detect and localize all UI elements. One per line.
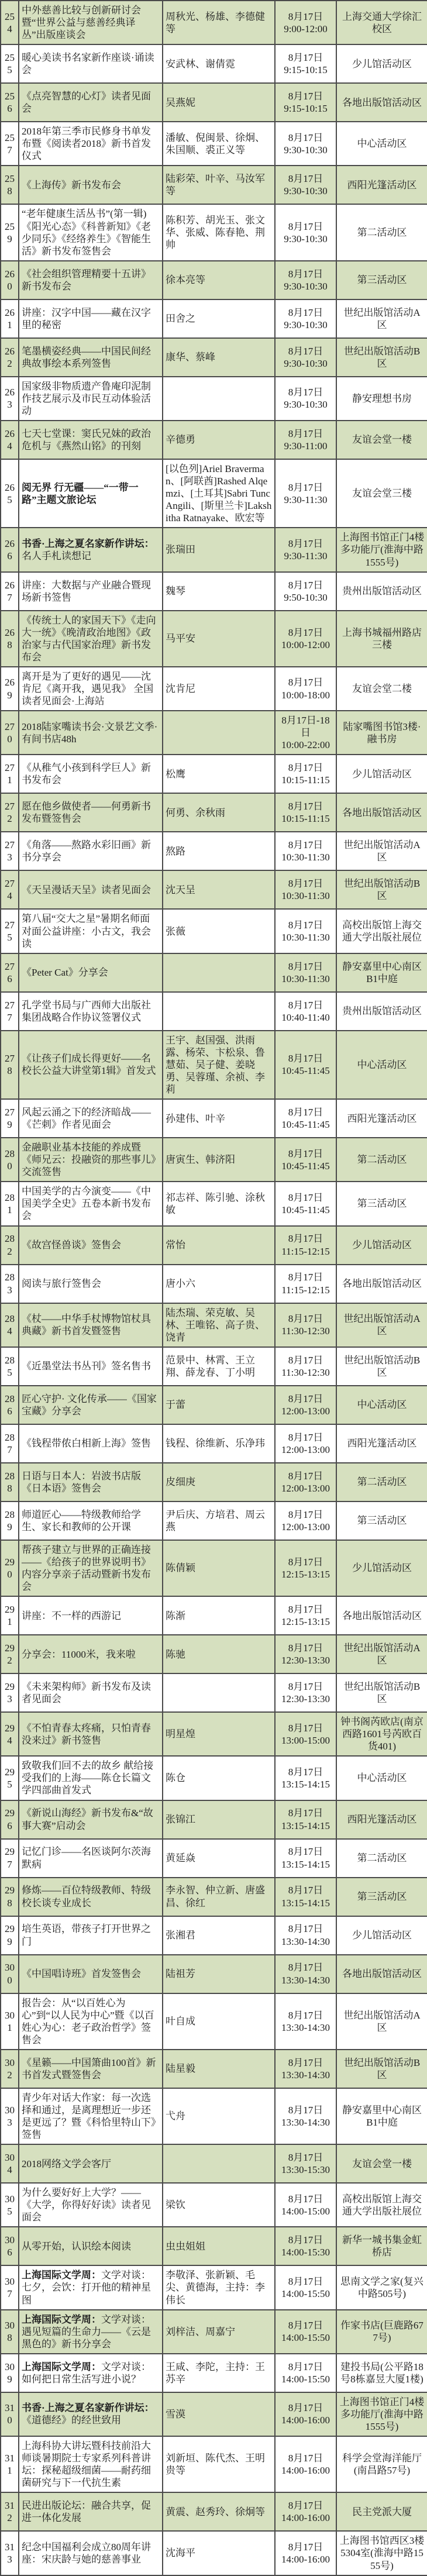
event-venue: 少儿馆活动区	[336, 1540, 427, 1596]
row-number: 268	[1, 611, 19, 667]
event-datetime: 8月17日10:45-11:45	[275, 1182, 336, 1225]
event-venue: 民主党派大厦	[336, 2492, 427, 2531]
row-number: 289	[1, 1501, 19, 1540]
event-time: 13:30-14:30	[278, 1936, 333, 1948]
event-date: 8月17日	[278, 1722, 333, 1734]
event-datetime: 8月17日11:30-12:30	[275, 1303, 336, 1347]
event-venue: 世纪出版馆活动A区	[336, 1635, 427, 1673]
event-date: 8月17日	[278, 877, 333, 890]
event-guests: [以色列]Ariel Braverman、[阿联酋]Rashed Alqemzi…	[163, 459, 275, 528]
row-number: 309	[1, 2354, 19, 2392]
event-time: 11:30-12:30	[278, 1366, 333, 1379]
event-datetime: 8月17日13:30-14:30	[275, 1993, 336, 2050]
table-row: 297记忆门诊——名医谈阿尔茨海默病黄延焱8月17日13:15-14:15第二活…	[1, 1839, 427, 1878]
event-date: 8月17日	[278, 538, 333, 550]
table-row: 299培生英语，带孩子打开世界之门张湘君8月17日13:30-14:30少儿馆活…	[1, 1916, 427, 1955]
event-guests: 陈积芳、胡光玉、张文华、张威、陈春艳、荆帅	[163, 204, 275, 260]
table-row: 301报告会：从“以百姓心为心”到“以人民为中心”暨《以百姓心为心：老子政治哲学…	[1, 1993, 427, 2050]
event-time: 12:00-13:00	[278, 1405, 333, 1417]
event-guests: 沈天呈	[163, 870, 275, 909]
event-time: 10:00-22:00	[278, 739, 333, 751]
table-row: 286匠心守护· 文化传承——《国家宝藏》分享会于蕾8月17日12:00-13:…	[1, 1386, 427, 1424]
event-venue: 世纪出版馆活动A区	[336, 1993, 427, 2050]
table-row: 262笔墨横姿经典——中国民间经典故事绘本系列签售康华、蔡峰8月17日9:30-…	[1, 338, 427, 377]
event-title: 上海科协大讲坛暨科技前沿大师谈暑期院士专家系列科普讲坛：探秘超级细菌——耐药细菌…	[19, 2436, 163, 2492]
event-datetime: 8月17日12:15-13:15	[275, 1596, 336, 1635]
event-venue: 各地出版馆活动区	[336, 1955, 427, 1993]
event-datetime: 8月17日10:30-11:30	[275, 909, 336, 953]
event-venue: 中心活动区	[336, 1386, 427, 1424]
row-number: 285	[1, 1347, 19, 1386]
event-datetime: 8月17日13:00-15:00	[275, 1712, 336, 1756]
event-date: 8月17日	[278, 1431, 333, 1444]
event-datetime: 8月17日13:15-14:15	[275, 1878, 336, 1916]
event-guests	[163, 953, 275, 992]
event-time: 9:15-10:15	[278, 64, 333, 76]
event-guests: 唐小六	[163, 1265, 275, 1303]
event-guests: 常怡	[163, 1226, 275, 1265]
event-title: 2018网络文学会客厅	[19, 2144, 163, 2183]
event-venue: 钟书阁芮欧店(南京西路1601号芮欧百货401)	[336, 1712, 427, 1756]
event-venue: 建投书局(公平路18号8栋嘉昱大厦1楼)	[336, 2354, 427, 2392]
event-title: 讲座：汉字中国——藏在汉字里的秘密	[19, 299, 163, 338]
event-datetime: 8月17日13:15-14:15	[275, 1800, 336, 1839]
event-datetime: 8月17日14:00-16:00	[275, 2392, 336, 2436]
event-title: 阅读与旅行签售会	[19, 1265, 163, 1303]
event-guests: 陆祖芳	[163, 1955, 275, 1993]
table-row: 285《近墨堂法书丛刊》签名售书范景中、林霄、王立翔、薛龙春、丁小明8月17日1…	[1, 1347, 427, 1386]
table-row: 292分享会：11000米，我来啦陈驰8月17日12:30-13:30世纪出版馆…	[1, 1635, 427, 1673]
event-guests: 马平安	[163, 611, 275, 667]
row-number: 292	[1, 1635, 19, 1673]
event-venue: 世纪出版馆活动A区	[336, 832, 427, 870]
event-venue: 贵州出版馆活动区	[336, 572, 427, 611]
row-number: 284	[1, 1303, 19, 1347]
event-title: 报告会：从“以百姓心为心”到“以人民为中心”暨《以百姓心为心：老子政治哲学》签售…	[19, 1993, 163, 2050]
row-number: 294	[1, 1712, 19, 1756]
table-row: 296《新说山海经》新书发布&“故事大赛”启动会张锦江8月17日13:15-14…	[1, 1800, 427, 1839]
event-time: 9:00-12:00	[278, 23, 333, 35]
event-datetime: 8月17日9:30-10:30	[275, 122, 336, 166]
event-guests: 黄延焱	[163, 1839, 275, 1878]
table-row: 290帮孩子建立与世界的正确连接——《给孩子的世界说明书》内容分享亲子活动暨新书…	[1, 1540, 427, 1596]
event-venue: 各地出版馆活动区	[336, 793, 427, 832]
event-title: 2018年第三季市民修身书单发布暨《阅读者2018》新书首发仪式	[19, 122, 163, 166]
row-number: 290	[1, 1540, 19, 1596]
row-number: 256	[1, 83, 19, 122]
event-time: 10:45-11:45	[278, 1160, 333, 1172]
event-datetime: 8月17日9:00-12:00	[275, 1, 336, 44]
event-venue: 第二活动区	[336, 204, 427, 260]
event-time: 9:50-10:30	[278, 591, 333, 604]
event-datetime: 8月17日10:30-11:30	[275, 953, 336, 992]
event-time: 12:00-13:00	[278, 1444, 333, 1456]
event-guests: 安武林、谢倩霓	[163, 44, 275, 83]
event-venue: 少儿馆活动区	[336, 1226, 427, 1265]
event-time: 12:30-13:30	[278, 1693, 333, 1705]
row-number: 257	[1, 122, 19, 166]
event-date: 8月17日	[278, 2319, 333, 2332]
event-guests: 梁钦	[163, 2183, 275, 2227]
event-guests: 皮细庚	[163, 1463, 275, 1501]
event-time: 10:45-11:45	[278, 1065, 333, 1077]
table-row: 311上海科协大讲坛暨科技前沿大师谈暑期院士专家系列科普讲坛：探秘超级细菌——耐…	[1, 2436, 427, 2492]
event-time: 13:00-15:00	[278, 1734, 333, 1747]
event-venue: 世纪出版馆活动A区	[336, 299, 427, 338]
event-date: 8月17日	[278, 268, 333, 280]
event-venue: 第二活动区	[336, 1463, 427, 1501]
event-datetime: 8月17日9:30-11:30	[275, 459, 336, 528]
event-title: 民进出版论坛：融合共享，促进一体化发展	[19, 2492, 163, 2531]
event-time: 9:30-11:00	[278, 440, 333, 452]
event-datetime: 8月17日9:30-10:30	[275, 204, 336, 260]
row-number: 286	[1, 1386, 19, 1424]
event-time: 9:30-10:30	[278, 233, 333, 245]
table-row: 300《中国唱诗班》首发签售会陆祖芳8月17日13:30-14:30各地出版馆活…	[1, 1955, 427, 1993]
event-title: 书香·上海之夏名家新作讲坛：名人手札读想记	[19, 528, 163, 571]
table-row: 261讲座：汉字中国——藏在汉字里的秘密田舍之8月17日9:30-10:30世纪…	[1, 299, 427, 338]
event-date: 8月17日	[278, 800, 333, 812]
event-title: 青少年对话大作家：每一次选择和通过，是离理想近一步还是更远了？暨《科恰里特山下》…	[19, 2088, 163, 2144]
event-date: 8月17日	[278, 2234, 333, 2246]
event-time: 12:15-13:15	[278, 1568, 333, 1580]
event-time: 9:30-11:30	[278, 550, 333, 562]
event-date: 8月17日	[278, 1961, 333, 1974]
event-title: 《新说山海经》新书发布&“故事大赛”启动会	[19, 1800, 163, 1839]
table-row: 268《传统士人的家国天下》《走向大一统》《晚清政治地图》《政治家与古代国家治理…	[1, 611, 427, 667]
event-venue: 世纪出版馆活动A区	[336, 1303, 427, 1347]
event-datetime: 8月17日13:15-14:15	[275, 1756, 336, 1800]
table-row: 271《从稚气小孩到科学巨人》新书发布会松鹰8月17日10:15-11:15少儿…	[1, 755, 427, 793]
event-datetime: 8月17日13:15-14:15	[275, 1839, 336, 1878]
row-number: 302	[1, 2050, 19, 2088]
event-datetime: 8月17日13:30-14:30	[275, 2088, 336, 2144]
event-guests: 潘敏、倪闽景、徐炯、朱国顺、裘正义等	[163, 122, 275, 166]
event-guests	[163, 1673, 275, 1712]
event-date: 8月17日	[278, 11, 333, 23]
event-venue: 世纪出版馆活动B区	[336, 338, 427, 377]
event-time: 11:15-12:15	[278, 1245, 333, 1258]
event-datetime: 8月17日10:00-18:00	[275, 667, 336, 711]
table-row: 266书香·上海之夏名家新作讲坛：名人手札读想记张瑞田8月17日9:30-11:…	[1, 528, 427, 571]
event-time: 10:40-11:40	[278, 1011, 333, 1024]
event-datetime: 8月17日10:00-12:00	[275, 611, 336, 667]
row-number: 278	[1, 1031, 19, 1099]
event-venue: 中心活动区	[336, 1031, 427, 1099]
event-venue: 科学会堂海洋能厅(南昌路57号)	[336, 2436, 427, 2492]
event-venue: 思南文学之家(复兴中路505号)	[336, 2265, 427, 2309]
event-datetime: 8月17日9:30-11:00	[275, 421, 336, 459]
event-guests: 周秋光、杨雄、李德健等	[163, 1, 275, 44]
event-venue: 世纪出版馆活动B区	[336, 1347, 427, 1386]
row-number: 269	[1, 667, 19, 711]
event-date: 8月17日	[278, 51, 333, 64]
event-venue: 西阳光篷活动区	[336, 1099, 427, 1138]
event-date: 8月17日	[278, 1509, 333, 1521]
event-venue: 友谊会堂一楼	[336, 421, 427, 459]
event-title: 七天七堂课：窦氏兄妹的政治危机与《燕然山铭》的刊刻	[19, 421, 163, 459]
table-row: 303青少年对话大作家：每一次选择和通过，是离理想近一步还是更远了？暨《科恰里特…	[1, 2088, 427, 2144]
event-title-bold: 上海国际文学周：	[22, 2361, 101, 2372]
event-title: 《传统士人的家国天下》《走向大一统》《晚清政治地图》《政治家与古代国家治理》新书…	[19, 611, 163, 667]
event-guests: 魏琴	[163, 572, 275, 611]
table-row: 275第八届“交大之星”暑期名师面对面公益讲座：小古文，我会读张薇8月17日10…	[1, 909, 427, 953]
event-venue: 静安嘉里中心南区B1中庭	[336, 2088, 427, 2144]
event-date: 8月17日	[278, 1470, 333, 1482]
event-date: 8月17日	[278, 1680, 333, 1693]
event-venue: 第三活动区	[336, 1501, 427, 1540]
event-datetime: 8月17日14:00-15:50	[275, 2265, 336, 2309]
row-number: 266	[1, 528, 19, 571]
event-datetime: 8月17日14:00-16:00	[275, 2531, 336, 2575]
event-guests: 沈海平	[163, 2531, 275, 2575]
event-time: 13:15-14:15	[278, 1897, 333, 1909]
table-row: 284《杖——中华手杖博物馆杖具典藏》新书首发暨签售陆杰瑞、荣克敏、吴林、王唯铭…	[1, 1303, 427, 1347]
event-guests: 范景中、林霄、王立翔、薛龙春、丁小明	[163, 1347, 275, 1386]
event-venue: 西阳光篷活动区	[336, 1800, 427, 1839]
event-title: 阅无界 行无疆——“一带一路”主题文旅论坛	[19, 459, 163, 528]
table-row: 281中国美学的古今演变——《中国美学全史》五卷本新书发布会祁志祥、陈引驰、涂秋…	[1, 1182, 427, 1225]
event-datetime: 8月17日10:30-11:30	[275, 870, 336, 909]
event-guests: 弋舟	[163, 2088, 275, 2144]
event-date: 8月17日	[278, 762, 333, 774]
event-time: 9:30-10:30	[278, 319, 333, 331]
table-row: 306从零开始，认识绘本阅读虫虫姐姐8月17日14:00-15:30新华一城书集…	[1, 2227, 427, 2265]
event-datetime: 8月17日11:15-12:15	[275, 1226, 336, 1265]
event-guests: 张瑞田	[163, 528, 275, 571]
event-date: 8月17日	[278, 306, 333, 319]
event-time: 10:45-11:45	[278, 1118, 333, 1131]
event-date: 8月17日	[278, 1191, 333, 1204]
row-number: 296	[1, 1800, 19, 1839]
table-row: 302《星籁——中国箫曲100首》新书首发式暨签售会陆星毅8月17日13:30-…	[1, 2050, 427, 2088]
event-title: 离开是为了更好的遇见——沈肯尼《离开我，遇见我》 全国读者见面会·上海站	[19, 667, 163, 711]
event-date: 8月17日	[278, 221, 333, 233]
event-venue: 中心活动区	[336, 122, 427, 166]
event-venue: 上海图书馆正门4楼多功能厅(淮海中路1555号)	[336, 528, 427, 571]
event-guests: 王宇、赵国强、洪雨露、杨荣、卞松泉、鲁慧茹、吴子健、姜晓勇、吴蓉瑾、余祯、李莉	[163, 1031, 275, 1099]
event-date: 8月17日	[278, 345, 333, 357]
event-schedule-table: 254中外慈善比较与创新研讨会暨“世界公益与慈善经典译丛”出版座谈会周秋光、杨雄…	[0, 0, 427, 2576]
event-guests: 松鹰	[163, 755, 275, 793]
event-title: 培生英语，带孩子打开世界之门	[19, 1916, 163, 1955]
row-number: 295	[1, 1756, 19, 1800]
table-row: 276《Peter Cat》分享会8月17日10:30-11:30静安嘉里中心南…	[1, 953, 427, 992]
event-title: 中国美学的古今演变——《中国美学全史》五卷本新书发布会	[19, 1182, 163, 1225]
row-number: 300	[1, 1955, 19, 1993]
event-guests: 陈渐	[163, 1596, 275, 1635]
event-guests	[163, 992, 275, 1031]
event-date: 8月17日	[278, 1766, 333, 1778]
row-number: 311	[1, 2436, 19, 2492]
event-datetime: 8月17日13:30-14:30	[275, 1955, 336, 1993]
event-guests: 何勇、余秋雨	[163, 793, 275, 832]
event-venue: 世纪出版馆活动B区	[336, 2050, 427, 2088]
event-date: 8月17日	[278, 2104, 333, 2116]
event-time: 10:30-11:30	[278, 851, 333, 863]
event-date: 8月17日	[278, 2151, 333, 2164]
event-guests: 雪漠	[163, 2392, 275, 2436]
event-date: 8月17日	[278, 1845, 333, 1858]
table-row: 269离开是为了更好的遇见——沈肯尼《离开我，遇见我》 全国读者见面会·上海站沈…	[1, 667, 427, 711]
event-date: 8月17日	[278, 919, 333, 931]
event-time: 13:30-14:30	[278, 1974, 333, 1986]
event-date: 8月17日	[278, 626, 333, 639]
event-date: 8月17日	[278, 2452, 333, 2464]
event-datetime: 8月17日9:15-10:15	[275, 83, 336, 122]
event-venue: 友谊会堂二楼	[336, 667, 427, 711]
table-row: 283阅读与旅行签售会唐小六8月17日11:15-12:15各地出版馆活动区	[1, 1265, 427, 1303]
event-venue: 贵州出版馆活动区	[336, 992, 427, 1031]
row-number: 277	[1, 992, 19, 1031]
row-number: 306	[1, 2227, 19, 2265]
event-time: 13:30-15:30	[278, 2164, 333, 2176]
event-datetime: 8月17日10:15-11:15	[275, 793, 336, 832]
event-time: 12:00-13:00	[278, 1482, 333, 1494]
event-title: 《钱程带侬白相新上海》签售	[19, 1424, 163, 1463]
event-time: 11:30-12:30	[278, 1325, 333, 1337]
event-title-bold: 阅无界 行无疆——“一带一路”主题文旅论坛	[22, 482, 139, 505]
event-date: 8月17日	[278, 1106, 333, 1118]
event-guests: 田舍之	[163, 299, 275, 338]
event-time: 10:00-12:00	[278, 639, 333, 651]
event-time: 14:00-15:50	[278, 2288, 333, 2300]
event-datetime: 8月17日9:30-10:30	[275, 377, 336, 421]
row-number: 281	[1, 1182, 19, 1225]
table-row: 298修炼——百位特级教师、特级校长谈专业成长李永智、仲立新、唐盛昌、徐红8月1…	[1, 1878, 427, 1916]
event-guests: 孙建伟、叶辛	[163, 1099, 275, 1138]
event-datetime: 8月17日12:15-13:15	[275, 1540, 336, 1596]
event-datetime: 8月17日10:15-11:15	[275, 755, 336, 793]
event-venue: 作家书店(巨鹿路677号)	[336, 2310, 427, 2354]
event-time: 9:30-10:30	[278, 144, 333, 156]
event-venue: 静安嘉里中心南区B1中庭	[336, 953, 427, 992]
event-guests: 于蕾	[163, 1386, 275, 1424]
row-number: 297	[1, 1839, 19, 1878]
event-title: 《Peter Cat》分享会	[19, 953, 163, 992]
event-date: 8月17日	[278, 1884, 333, 1896]
row-number: 262	[1, 338, 19, 377]
event-guests: 陆杰瑞、荣克敏、吴林、王唯铭、高子贵、饶青	[163, 1303, 275, 1347]
table-row: 258《上海传》新书发布会陆彩荣、叶辛、马汝军等8月17日9:30-10:30西…	[1, 166, 427, 204]
event-title: 分享会：11000米，我来啦	[19, 1635, 163, 1673]
row-number: 274	[1, 870, 19, 909]
event-date: 8月17日	[278, 1148, 333, 1160]
table-row: 256《点亮智慧的心灯》读者见面会吴燕妮8月17日9:15-10:15各地出版馆…	[1, 83, 427, 122]
event-guests: 沈肯尼	[163, 667, 275, 711]
event-datetime: 8月17日9:15-10:15	[275, 44, 336, 83]
event-title: 2018陆家嘴读书会·文景艺文季·有间书店48h	[19, 711, 163, 755]
table-row: 282《故宫怪兽谈》签售会常怡8月17日11:15-12:15少儿馆活动区	[1, 1226, 427, 1265]
event-title: 孔学堂书局与广西师大出版社集团战略合作协议签署仪式	[19, 992, 163, 1031]
event-date: 8月17日	[278, 1923, 333, 1935]
table-row: 289师道匠心——特级教师给学生、家长和教师的公开课尹后庆、方培君、周云燕8月1…	[1, 1501, 427, 1540]
row-number: 310	[1, 2392, 19, 2436]
schedule-body: 254中外慈善比较与创新研讨会暨“世界公益与慈善经典译丛”出版座谈会周秋光、杨雄…	[1, 1, 427, 2575]
table-row: 272愿在他乡做使者——何勇新书发布暨签售会何勇、余秋雨8月17日10:15-1…	[1, 793, 427, 832]
row-number: 260	[1, 261, 19, 299]
table-row: 255暖心美读书名家新作座谈·诵读会安武林、谢倩霓8月17日9:15-10:15…	[1, 44, 427, 83]
table-row: 308上海国际文学周：文学对谈：遇见短篇的生命力——《云是黑色的》新书分享会刘梓…	[1, 2310, 427, 2354]
event-datetime: 8月17日11:15-12:15	[275, 1265, 336, 1303]
event-venue: 第三活动区	[336, 1878, 427, 1916]
event-title: 帮孩子建立与世界的正确连接——《给孩子的世界说明书》内容分享亲子活动暨新书发布会	[19, 1540, 163, 1596]
event-venue: 新华一城书集金虹桥店	[336, 2227, 427, 2265]
event-title: 上海国际文学周：文学对谈：如何把日常生活写进小说？	[19, 2354, 163, 2392]
event-venue: 西阳光篷活动区	[336, 1424, 427, 1463]
table-row: 277孔学堂书局与广西师大出版社集团战略合作协议签署仪式8月17日10:40-1…	[1, 992, 427, 1031]
event-guests: 张湘君	[163, 1916, 275, 1955]
event-date: 8月17日	[278, 676, 333, 688]
event-time: 9:30-10:30	[278, 185, 333, 197]
event-title: 日语与日本人：岩波书店版《日本语》签售会	[19, 1463, 163, 1501]
row-number: 261	[1, 299, 19, 338]
event-title-bold: 上海国际文学周：	[22, 2270, 101, 2281]
event-guests	[163, 2144, 275, 2183]
event-title-bold: 上海国际文学周：	[22, 2314, 101, 2325]
event-venue: 陆家嘴图书馆3楼·融书房	[336, 711, 427, 755]
event-time: 12:30-13:30	[278, 1654, 333, 1666]
event-datetime: 8月17日14:00-16:00	[275, 2436, 336, 2492]
event-time: 14:00-15:50	[278, 2332, 333, 2344]
event-datetime: 8月17日13:30-14:30	[275, 2050, 336, 2088]
table-row: 273《角落——熬路水彩旧画》新书分享会熬路8月17日10:30-11:30世纪…	[1, 832, 427, 870]
event-title: 《社会组织管理精要十五讲》新书发布会	[19, 261, 163, 299]
table-row: 264七天七堂课：窦氏兄妹的政治危机与《燕然山铭》的刊刻辛德勇8月17日9:30…	[1, 421, 427, 459]
event-date: 8月17日	[278, 1313, 333, 1325]
event-datetime: 8月17日10:40-11:40	[275, 992, 336, 1031]
event-title: 《点亮智慧的心灯》读者见面会	[19, 83, 163, 122]
event-title: 《星籁——中国箫曲100首》新书首发式暨签售会	[19, 2050, 163, 2088]
event-time: 9:30-10:30	[278, 280, 333, 292]
event-guests: 陈倩颖	[163, 1540, 275, 1596]
event-datetime: 8月17日12:30-13:30	[275, 1635, 336, 1673]
event-datetime: 8月17日-18日10:00-22:00	[275, 711, 336, 755]
event-date: 8月17日	[278, 999, 333, 1011]
event-time: 13:30-14:30	[278, 2116, 333, 2129]
event-datetime: 8月17日9:30-10:30	[275, 299, 336, 338]
event-time: 10:00-18:00	[278, 689, 333, 701]
event-date: 8月17日	[278, 1271, 333, 1283]
table-row: 294《不怕青春太疼痛，只怕青春没来过》新书签售明星煌8月17日13:00-15…	[1, 1712, 427, 1756]
event-time: 13:30-14:30	[278, 2021, 333, 2034]
event-guests: 尹后庆、方培君、周云燕	[163, 1501, 275, 1540]
event-date: 8月17日	[278, 386, 333, 398]
table-row: 2572018年第三季市民修身书单发布暨《阅读者2018》新书首发仪式潘敏、倪闽…	[1, 122, 427, 166]
event-title: 书香·上海之夏名家新作讲坛：《道德经》的经世致用	[19, 2392, 163, 2436]
event-datetime: 8月17日12:30-13:30	[275, 1673, 336, 1712]
event-date: 8月17日	[278, 579, 333, 591]
event-title-bold: 书香·上海之夏名家新作讲坛：	[22, 538, 154, 549]
table-row: 291讲座：不一样的西游记陈渐8月17日12:15-13:15各地出版馆活动区	[1, 1596, 427, 1635]
event-title: 中外慈善比较与创新研讨会暨“世界公益与慈善经典译丛”出版座谈会	[19, 1, 163, 44]
event-date: 8月17日	[278, 2541, 333, 2553]
event-title: “老年健康生活丛书”(第一辑)《阳光心态》《科普新知》《老少同乐》《经络养生》《…	[19, 204, 163, 260]
event-date: 8月17日	[278, 1603, 333, 1616]
event-venue: 上海交通大学徐汇校区	[336, 1, 427, 44]
event-title: 《从稚气小孩到科学巨人》新书发布会	[19, 755, 163, 793]
event-title: 《中国唱诗班》首发签售会	[19, 1955, 163, 1993]
table-row: 2702018陆家嘴读书会·文景艺文季·有间书店48h8月17日-18日10:0…	[1, 711, 427, 755]
table-row: 310书香·上海之夏名家新作讲坛：《道德经》的经世致用雪漠8月17日14:00-…	[1, 2392, 427, 2436]
event-title: 笔墨横姿经典——中国民间经典故事绘本系列签售	[19, 338, 163, 377]
table-row: 274《天呈漫话天呈》读者见面会沈天呈8月17日10:30-11:30世纪出版馆…	[1, 870, 427, 909]
event-guests: 刘新垣、陈代杰、王明贵等	[163, 2436, 275, 2492]
event-datetime: 8月17日14:00-15:50	[275, 2310, 336, 2354]
event-date: 8月17日	[278, 2361, 333, 2373]
event-date: 8月17日	[278, 1354, 333, 1366]
event-time: 14:00-16:00	[278, 2414, 333, 2426]
